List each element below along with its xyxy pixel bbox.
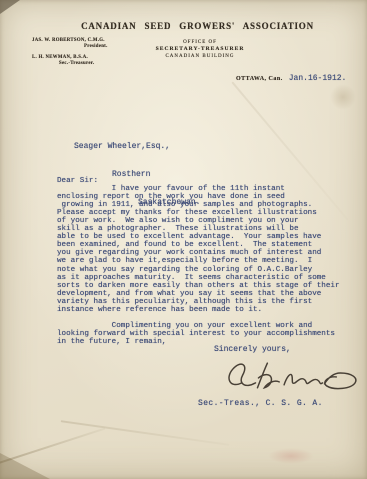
officer-president: JAS. W. ROBERTSON, C.M.G. President. — [32, 38, 108, 50]
signoff-title: Sec.-Treas., C. S. G. A. — [198, 399, 323, 408]
typed-line: instance where reference has been made t… — [57, 306, 357, 314]
typed-line: we are glad to have it,especially before… — [57, 257, 357, 265]
officer-sec-treasurer: L. H. NEWMAN, B.S.A. Sec.-Treasurer. — [32, 55, 108, 67]
officer-role: Sec.-Treasurer. — [59, 61, 108, 67]
page-fold-shadow — [0, 453, 50, 479]
officer-name: JAS. W. ROBERTSON, C.M.G. — [32, 38, 105, 43]
typed-line: sorts to darken more easily than others … — [57, 282, 357, 290]
typed-line: enclosing report on the work you have do… — [57, 193, 357, 201]
officer-name: L. H. NEWMAN, B.S.A. — [32, 55, 88, 60]
page-corner-shadow — [0, 0, 20, 14]
officer-role: President. — [84, 44, 108, 50]
office-line: CANADIAN BUILDING — [118, 53, 282, 60]
office-line: OFFICE OF — [118, 39, 282, 46]
place-label: OTTAWA, Can. — [236, 76, 283, 82]
typed-line: development, and from what you say it se… — [57, 290, 357, 298]
typed-line: Complimenting you on your excellent work… — [57, 322, 357, 330]
paper-stain — [268, 448, 314, 464]
typed-line: in the future, I remain, — [57, 338, 357, 346]
recipient-name: Seager Wheeler,Esq., — [74, 142, 200, 151]
handwritten-signature — [222, 351, 360, 395]
signature-strokes — [222, 351, 360, 395]
typed-date: Jan.16-1912. — [289, 74, 347, 83]
letterhead-office-block: OFFICE OF SECRETARY-TREASURER CANADIAN B… — [118, 39, 282, 60]
typed-line — [57, 314, 357, 322]
typed-line: Dear Sir: — [57, 177, 357, 185]
typed-line: variety has this peculiarity, although t… — [57, 298, 357, 306]
letterhead-officers: JAS. W. ROBERTSON, C.M.G. President. L. … — [32, 38, 108, 72]
letter-body: Dear Sir: I have your favour of the 11th… — [57, 177, 357, 346]
typed-line: I have your favour of the 11th instant — [57, 185, 357, 193]
typed-line: as it approaches maturity. It seems char… — [57, 274, 357, 282]
office-line: SECRETARY-TREASURER — [118, 46, 282, 53]
place-date-line: OTTAWA, Can. Jan.16-1912. — [236, 74, 346, 83]
typed-line: growing in 1911, and also your samples a… — [57, 201, 357, 209]
typed-line: note what you say regarding the coloring… — [57, 266, 357, 274]
letterhead-title: CANADIAN SEED GROWERS' ASSOCIATION — [0, 21, 367, 31]
paper-stain — [330, 84, 356, 110]
scanned-letter: CANADIAN SEED GROWERS' ASSOCIATION JAS. … — [0, 0, 367, 479]
typed-line: looking forward with special interest to… — [57, 330, 357, 338]
